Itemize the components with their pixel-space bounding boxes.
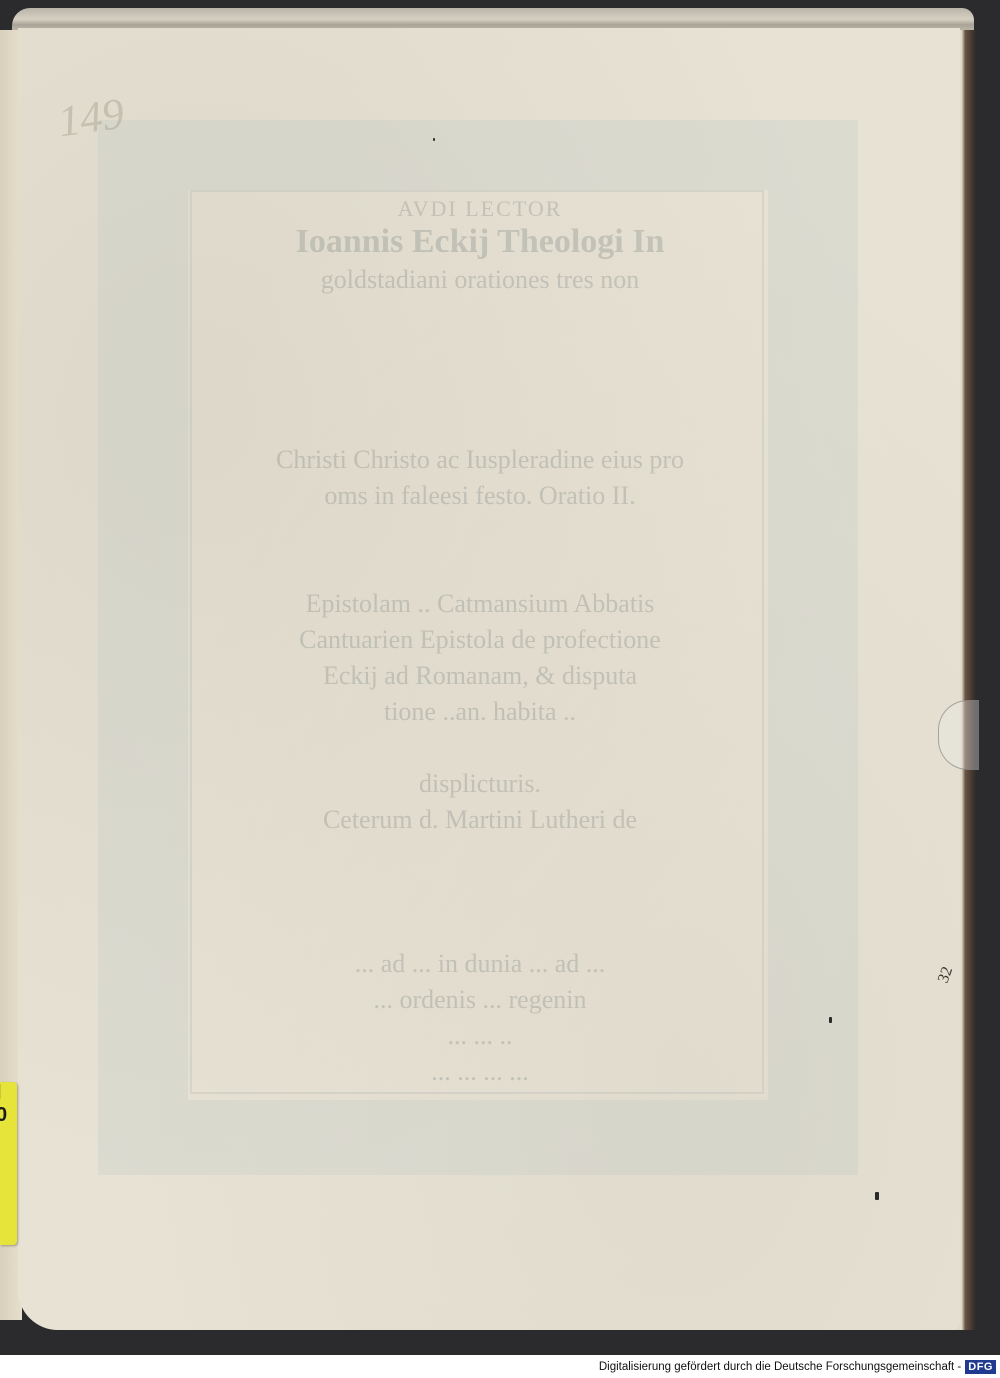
ghost-line <box>200 910 760 946</box>
shelfmark-line-1: l <box>0 1082 17 1104</box>
handwritten-page-number: 149 <box>55 88 127 148</box>
ghost-line: Christi Christo ac Iuspleradine eius pro <box>200 442 760 478</box>
ghost-line <box>200 406 760 442</box>
funding-credit-bar: Digitalisierung gefördert durch die Deut… <box>0 1355 1000 1378</box>
ghost-line <box>200 550 760 586</box>
ghost-line <box>200 298 760 334</box>
shelfmark-line-2: 0 <box>0 1104 17 1126</box>
ghost-line: tione ..an. habita .. <box>200 694 760 730</box>
ink-spot <box>829 1017 832 1023</box>
ghost-line: goldstadiani orationes tres non <box>200 262 760 298</box>
ghost-line: Eckij ad Romanam, & disputa <box>200 658 760 694</box>
ghost-line: ... ad ... in dunia ... ad ... <box>200 946 760 982</box>
ghost-line <box>200 514 760 550</box>
dfg-logo-icon: DFG <box>965 1360 996 1374</box>
ghost-line <box>200 370 760 406</box>
ghost-line <box>200 334 760 370</box>
ink-spot <box>433 138 435 141</box>
ghost-line: oms in faleesi festo. Oratio II. <box>200 478 760 514</box>
shelfmark-label: l 0 <box>0 1082 17 1245</box>
ghost-line: AVDI LECTOR <box>200 196 760 222</box>
ghost-line: Ioannis Eckij Theologi In <box>200 222 760 262</box>
ghost-line: ... ... ... ... <box>200 1054 760 1090</box>
funding-credit-text: Digitalisierung gefördert durch die Deut… <box>599 1361 965 1373</box>
show-through-title-text: AVDI LECTOR Ioannis Eckij Theologi In go… <box>200 196 760 1090</box>
ghost-line <box>200 874 760 910</box>
ink-spot <box>875 1192 879 1200</box>
ghost-line: ... ordenis ... regenin <box>200 982 760 1018</box>
ghost-line: ... ... .. <box>200 1018 760 1054</box>
ghost-line: Ceterum d. Martini Lutheri de <box>200 802 760 838</box>
ghost-line: displicturis. <box>200 766 760 802</box>
ghost-line <box>200 838 760 874</box>
scan-area: 149 AVDI LECTOR Ioannis Eckij Theologi I… <box>0 0 1000 1355</box>
ghost-line <box>200 730 760 766</box>
ghost-line: Epistolam .. Catmansium Abbatis <box>200 586 760 622</box>
ghost-line: Cantuarien Epistola de profectione <box>200 622 760 658</box>
